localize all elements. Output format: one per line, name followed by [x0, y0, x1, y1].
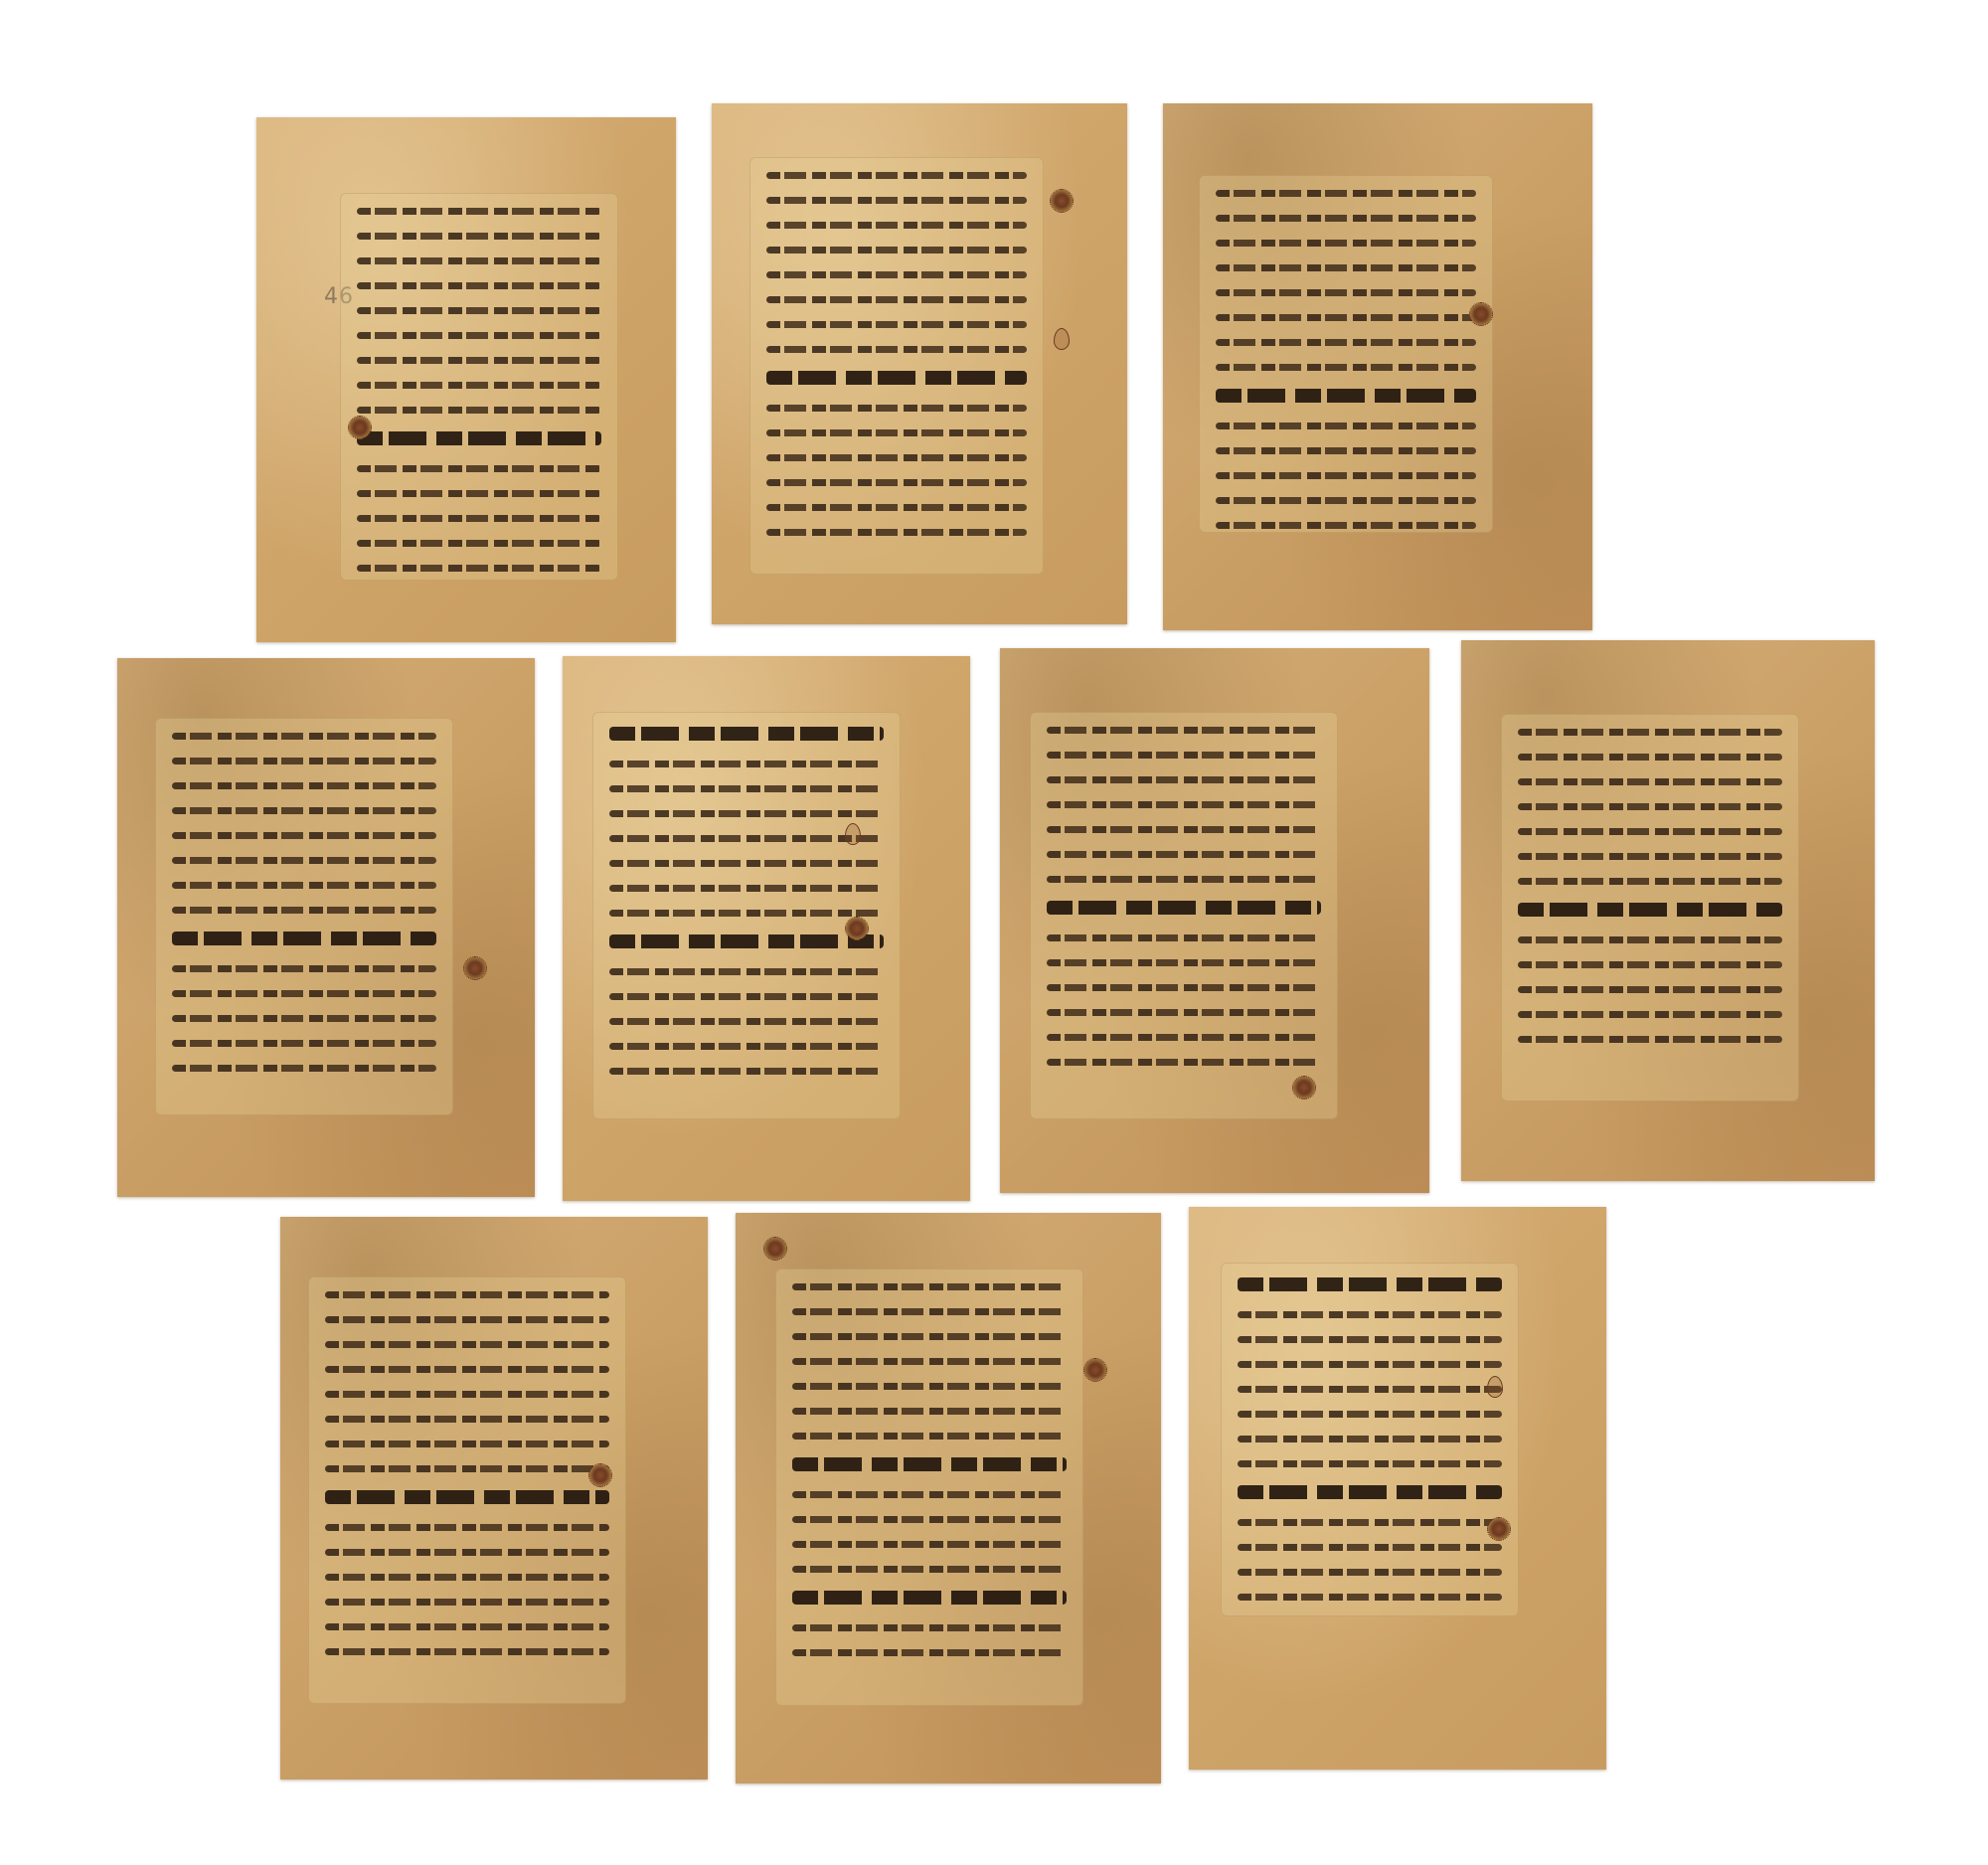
manuscript-leaf-4	[117, 658, 535, 1197]
manuscript-leaf-3	[1163, 103, 1592, 630]
verse-marker-icon	[1050, 189, 1074, 213]
manuscript-leaf-9	[736, 1213, 1161, 1783]
verse-marker-icon	[1487, 1517, 1511, 1541]
manuscript-leaf-6	[1000, 648, 1429, 1193]
verse-marker-icon	[1083, 1358, 1107, 1382]
verse-marker-icon	[1292, 1076, 1316, 1100]
verse-marker-icon	[1487, 1376, 1503, 1398]
text-block	[592, 712, 901, 1119]
verse-marker-icon	[845, 917, 869, 940]
text-block	[1199, 175, 1493, 533]
text-block	[1501, 714, 1799, 1102]
text-block	[775, 1269, 1083, 1706]
verse-marker-icon	[845, 823, 861, 845]
manuscript-leaf-2	[712, 103, 1127, 624]
manuscript-leaf-7	[1461, 640, 1875, 1181]
manuscript-leaf-10	[1189, 1207, 1606, 1770]
verse-marker-icon	[1469, 302, 1493, 326]
text-block	[155, 718, 453, 1115]
verse-marker-icon	[463, 956, 487, 980]
text-block	[1030, 712, 1338, 1119]
text-block	[340, 193, 618, 581]
manuscript-leaf-1: 46	[256, 117, 676, 642]
verse-marker-icon	[1054, 328, 1070, 350]
manuscript-photo: 46	[0, 0, 1988, 1865]
text-block	[1221, 1263, 1519, 1616]
text-block	[749, 157, 1044, 575]
manuscript-leaf-8	[280, 1217, 708, 1780]
manuscript-leaf-5	[563, 656, 970, 1201]
text-block	[308, 1276, 626, 1704]
verse-marker-icon	[588, 1463, 612, 1487]
verse-marker-icon	[348, 416, 372, 439]
verse-marker-icon	[763, 1237, 787, 1261]
